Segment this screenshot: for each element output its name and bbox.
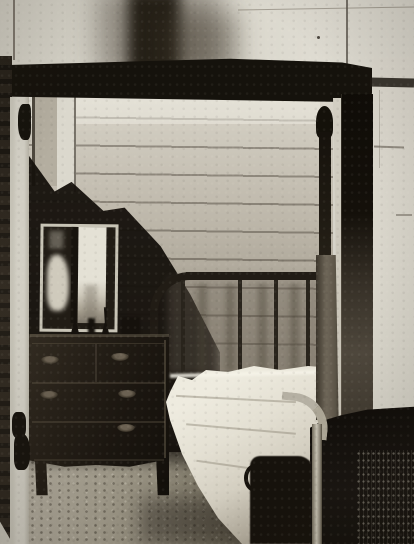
mirror-streak — [85, 285, 97, 317]
door-latch — [14, 434, 30, 470]
dresser-mirror — [39, 224, 118, 333]
cane-weave-texture — [356, 450, 414, 544]
plank-line — [396, 214, 412, 216]
beam-line — [370, 78, 414, 88]
bed-post — [319, 132, 331, 258]
drawer-line — [32, 382, 165, 384]
wall-board-seam — [13, 0, 15, 60]
white-post — [57, 96, 76, 192]
headboard-bar — [238, 280, 242, 372]
dresser-top-edge — [30, 334, 169, 337]
mirror-reflection — [49, 231, 63, 249]
drawer-line — [32, 421, 165, 423]
drawer-pull — [41, 356, 59, 364]
bar-shadow — [258, 284, 267, 372]
box-silhouette — [121, 317, 140, 335]
bar-shadow — [198, 284, 207, 374]
right-door-post — [341, 94, 373, 434]
drawer-line — [32, 343, 164, 344]
drawer-divider — [95, 344, 97, 382]
mirror-reflection — [47, 255, 70, 311]
bar-shadow — [226, 284, 235, 372]
dresser-side-edge — [164, 340, 166, 458]
bar-shadow — [290, 284, 299, 374]
photograph — [0, 0, 414, 544]
drawer-pull — [118, 390, 136, 398]
headboard-bar — [274, 280, 278, 372]
wall-seam — [379, 90, 380, 168]
bed-foot-post — [312, 424, 322, 544]
small-item-silhouette — [88, 318, 95, 334]
drawer-line — [34, 459, 164, 461]
drawer-pull — [40, 391, 58, 399]
door-latch — [18, 104, 31, 140]
headboard-bar — [181, 280, 185, 382]
pot-handle — [244, 464, 266, 492]
nail-hole — [317, 36, 320, 39]
door-jamb — [10, 97, 29, 544]
headboard-top-rail — [186, 272, 317, 280]
headboard-bar — [306, 280, 310, 374]
drawer-pull — [111, 353, 129, 361]
drawer-pull — [117, 424, 135, 432]
